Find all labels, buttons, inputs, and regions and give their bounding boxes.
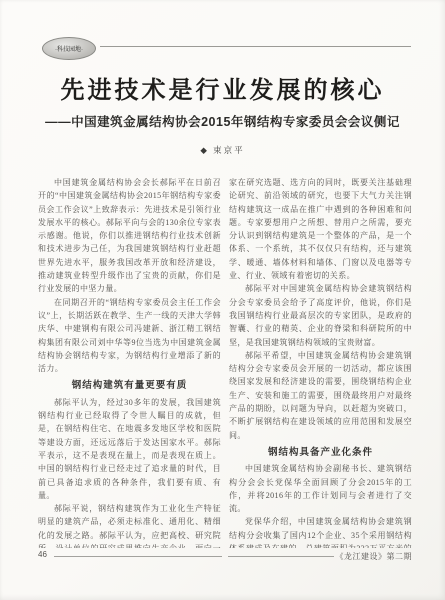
badge-label: ·科技园地· xyxy=(55,44,83,53)
journal-issue: 《龙江建设》第二期 xyxy=(336,551,413,562)
body-paragraph: 郝际平说，钢结构建筑作为工业化生产特征明显的建筑产品，必须走标准化、通用化、精细… xyxy=(38,502,221,548)
body-paragraph: 中国建筑金属结构协会副秘书长、建筑钢结构分会会长党保华全面回顾了分会2015年的… xyxy=(229,462,412,515)
body-paragraph: 党保华介绍，中国建筑金属结构协会建筑钢结构分会收集了国内12个企业、35个采用钢… xyxy=(229,515,412,548)
header-rule xyxy=(100,46,411,47)
body-paragraph: 郝际平希望，中国建筑金属结构协会建筑钢结构分会专家委员会开展的一切活动，都应该围… xyxy=(229,349,412,442)
article-title: 先进技术是行业发展的核心 xyxy=(0,70,445,105)
body-paragraph: 在同期召开的“钢结构专家委员会主任工作会议”上，长期活跃在教学、生产一线的天津大… xyxy=(38,296,221,376)
left-column: 中国建筑金属结构协会会长郝际平在日前召开的“中国建筑金属结构协会2015年钢结构… xyxy=(38,176,221,548)
body-paragraph-continuation: 家在研究选题、选方向的同时，既要关注基础理论研究、前沿领域的研究，也要下大气力关… xyxy=(229,176,412,282)
section-heading-industrialization: 钢结构具备产业化条件 xyxy=(229,446,412,459)
section-heading-quality: 钢结构建筑有量更要有质 xyxy=(38,379,221,392)
footer-rule-left xyxy=(54,556,222,557)
body-paragraph: 郝际平对中国建筑金属结构协会建筑钢结构分会专家委员会给予了高度评价，他说，你们是… xyxy=(229,282,412,348)
article-subtitle: ——中国建筑金属结构协会2015年钢结构专家委员会会议侧记 xyxy=(0,112,445,130)
column-badge: ·科技园地· xyxy=(42,37,96,60)
scanned-article-page: ·科技园地· 先进技术是行业发展的核心 ——中国建筑金属结构协会2015年钢结构… xyxy=(0,0,445,600)
body-paragraph: 中国建筑金属结构协会会长郝际平在日前召开的“中国建筑金属结构协会2015年钢结构… xyxy=(38,176,221,296)
article-body: 中国建筑金属结构协会会长郝际平在日前召开的“中国建筑金属结构协会2015年钢结构… xyxy=(38,176,412,548)
body-paragraph: 郝际平认为，经过30多年的发展，我国建筑钢结构行业已经取得了令世人瞩目的成就，但… xyxy=(38,396,221,502)
right-column: 家在研究选题、选方向的同时，既要关注基础理论研究、前沿领域的研究，也要下大气力关… xyxy=(229,176,412,548)
page-number: 46 xyxy=(38,550,47,559)
author-byline: ◆ 束京平 xyxy=(0,144,445,156)
footer-rule-right xyxy=(228,556,334,557)
